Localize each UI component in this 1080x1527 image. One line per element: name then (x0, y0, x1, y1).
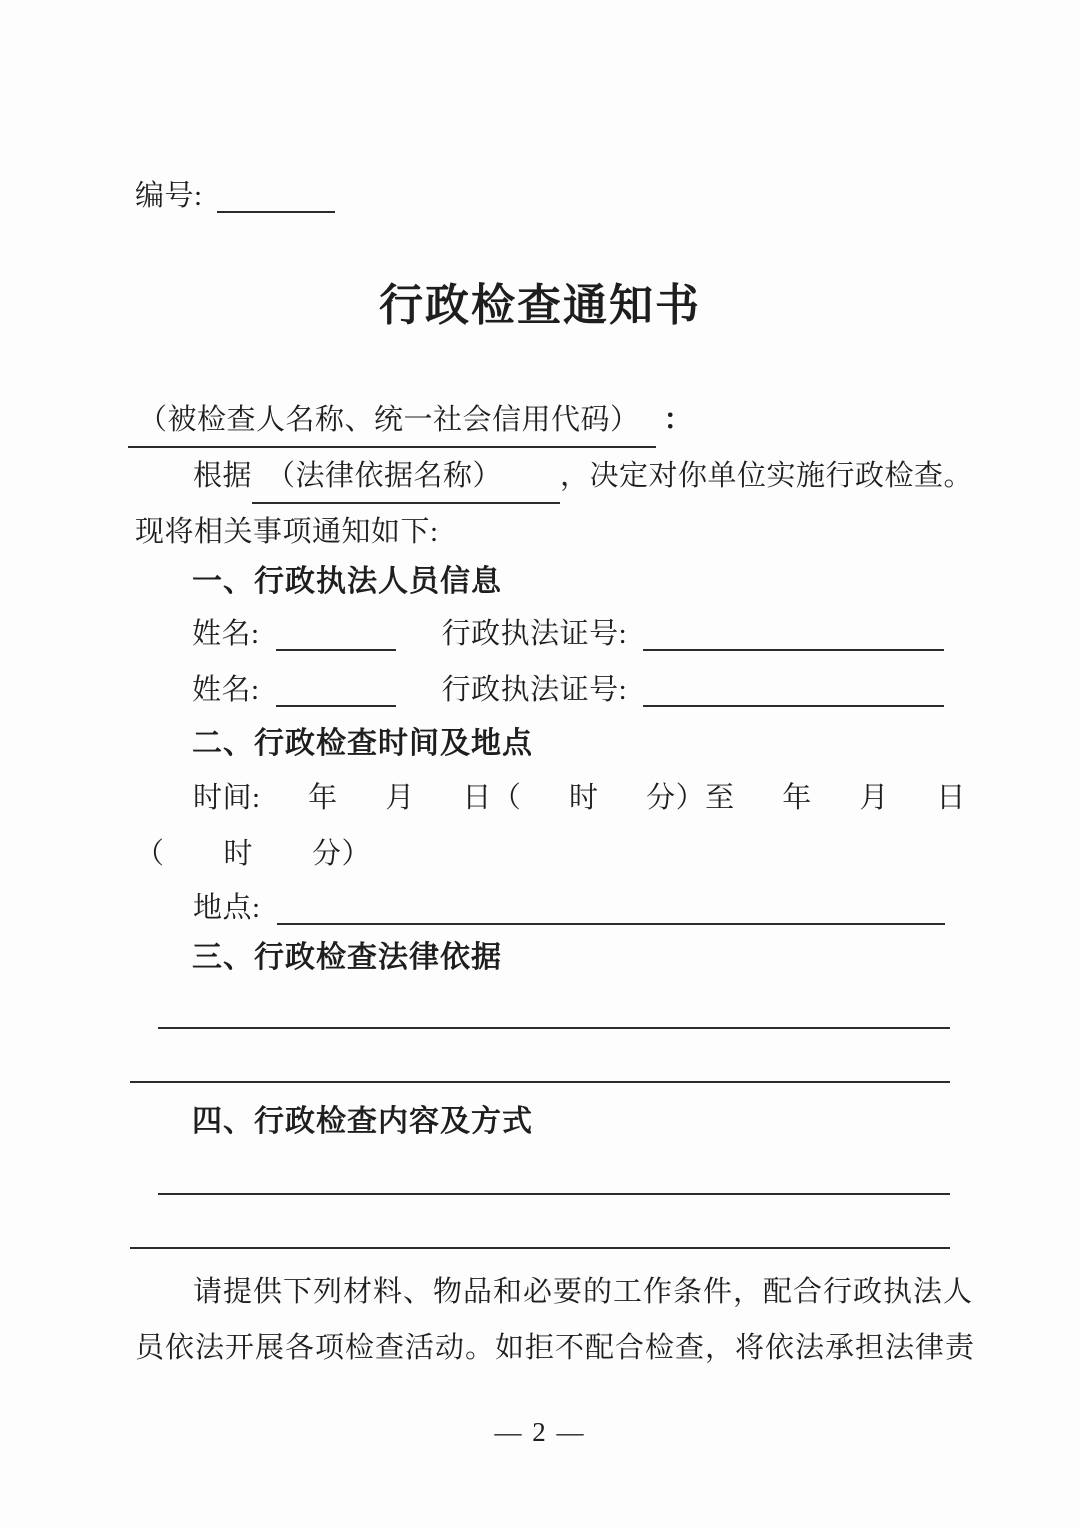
serial-number-label: 编号: (135, 180, 203, 212)
section1-heading: 一、行政执法人员信息 (192, 558, 502, 606)
basis-underlined-hint: （法律依据名称） (252, 452, 560, 504)
hour-token: 时 (569, 774, 599, 822)
document-page: 编号: 行政检查通知书 （被检查人名称、统一社会信用代码）： 根据（法律依据名称… (0, 0, 1080, 1527)
cert-blank (643, 671, 944, 707)
year-token: 年 (308, 774, 338, 822)
section3-heading: 三、行政检查法律依据 (192, 934, 502, 982)
legal-basis-row: 根据（法律依据名称），决定对你单位实施行政检查。 (193, 452, 973, 504)
section4-heading: 四、行政检查内容及方式 (192, 1098, 533, 1146)
name-label: 姓名: (192, 674, 260, 706)
fill-line (130, 1081, 950, 1083)
place-blank (277, 889, 945, 925)
name-label: 姓名: (192, 618, 260, 650)
fill-line (130, 1247, 950, 1249)
minute-to-token: 分）至 (646, 774, 735, 822)
fill-line (158, 1193, 950, 1195)
basis-suffix: ，决定对你单位实施行政检查。 (560, 460, 973, 492)
day-token: 日 (936, 774, 966, 822)
cert-label: 行政执法证号: (442, 674, 628, 706)
place-label: 地点: (193, 892, 261, 924)
inspection-place-row: 地点: (193, 884, 945, 932)
serial-number-blank (217, 177, 335, 213)
name-blank (276, 615, 396, 651)
time-label: 时间: (193, 774, 261, 822)
cert-label: 行政执法证号: (442, 618, 628, 650)
addressee-row: （被检查人名称、统一社会信用代码）： (128, 396, 693, 448)
month-token: 月 (385, 774, 415, 822)
section2-heading: 二、行政检查时间及地点 (192, 720, 533, 768)
basis-prefix: 根据 (193, 460, 252, 492)
name-blank (276, 671, 396, 707)
cert-blank (643, 615, 944, 651)
addressee-colon: ： (664, 404, 694, 436)
document-title: 行政检查通知书 (0, 276, 1080, 336)
officer-row-2: 姓名:行政执法证号: (192, 666, 944, 714)
fill-line (158, 1027, 950, 1029)
officer-row-1: 姓名:行政执法证号: (192, 610, 944, 658)
closing-paragraph-line-2: 员依法开展各项检查活动。如拒不配合检查，将依法承担法律责 (135, 1324, 975, 1372)
inspection-time-continuation: （ 时 分） (135, 830, 371, 878)
serial-number-row: 编号: (135, 172, 335, 220)
inspection-time-row: 时间: 年 月 日（ 时 分）至 年 月 日 (193, 774, 966, 822)
notice-intro-line: 现将相关事项通知如下: (135, 508, 439, 556)
addressee-underlined-hint: （被检查人名称、统一社会信用代码） (128, 396, 656, 448)
closing-paragraph-line-1: 请提供下列材料、物品和必要的工作条件，配合行政执法人 (193, 1268, 973, 1316)
day-paren-token: 日（ (462, 774, 521, 822)
month-token: 月 (859, 774, 889, 822)
page-number: — 2 — (0, 1408, 1080, 1456)
year-token: 年 (782, 774, 812, 822)
